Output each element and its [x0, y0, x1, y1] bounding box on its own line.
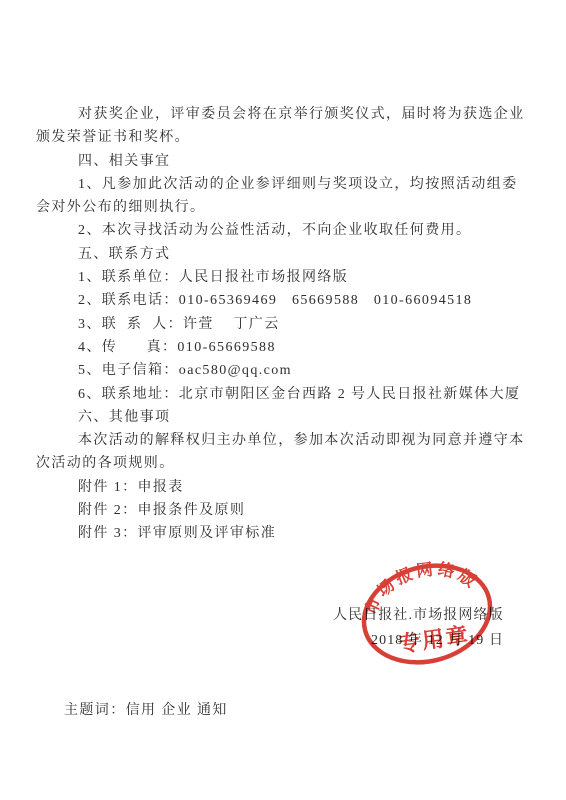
doc-line: 颁发荣誉证书和奖杯。 [36, 126, 541, 149]
doc-line-contact-address: 6、联系地址：北京市朝阳区金台西路 2 号人民日报社新媒体大厦 [36, 383, 541, 406]
seal-arc-text: 市场报网络版 [352, 549, 486, 622]
doc-line: 会对外公布的细则执行。 [36, 196, 541, 219]
doc-line: 本次活动的解释权归主办单位，参加本次活动即视为同意并遵守本 [36, 429, 541, 452]
doc-line-contact-fax: 4、传 真：010-65669588 [36, 336, 541, 359]
doc-line-section-5: 五、联系方式 [36, 243, 541, 266]
doc-line: 对获奖企业，评审委员会将在京举行颁奖仪式，届时将为获选企业 [36, 103, 541, 126]
doc-line-contact-phone: 2、联系电话：010-65369469 65669588 010-6609451… [36, 289, 541, 312]
doc-line: 次活动的各项规则。 [36, 452, 541, 475]
subject-keywords: 主题词：信用 企业 通知 [64, 699, 228, 719]
doc-line-contact-email: 5、电子信箱：oac580@qq.com [36, 359, 541, 382]
doc-line: 2、本次寻找活动为公益性活动，不向企业收取任何费用。 [36, 219, 541, 242]
document-page: 对获奖企业，评审委员会将在京举行颁奖仪式，届时将为获选企业 颁发荣誉证书和奖杯。… [0, 0, 566, 800]
official-seal-stamp: 市场报网络版 专用章 [347, 549, 507, 679]
doc-line-contact-unit: 1、联系单位：人民日报社市场报网络版 [36, 266, 541, 289]
doc-line: 1、凡参加此次活动的企业参评细则与奖项设立，均按照活动组委 [36, 173, 541, 196]
doc-line-attachment-2: 附件 2：申报条件及原则 [36, 499, 541, 522]
doc-line-contact-person: 3、联 系 人：许萱 丁广云 [36, 313, 541, 336]
doc-line-attachment-1: 附件 1：申报表 [36, 476, 541, 499]
doc-line-section-4: 四、相关事宜 [36, 150, 541, 173]
doc-line-attachment-3: 附件 3：评审原则及评审标准 [36, 522, 541, 545]
doc-line-section-6: 六、其他事项 [36, 406, 541, 429]
document-body: 对获奖企业，评审委员会将在京举行颁奖仪式，届时将为获选企业 颁发荣誉证书和奖杯。… [36, 103, 541, 546]
